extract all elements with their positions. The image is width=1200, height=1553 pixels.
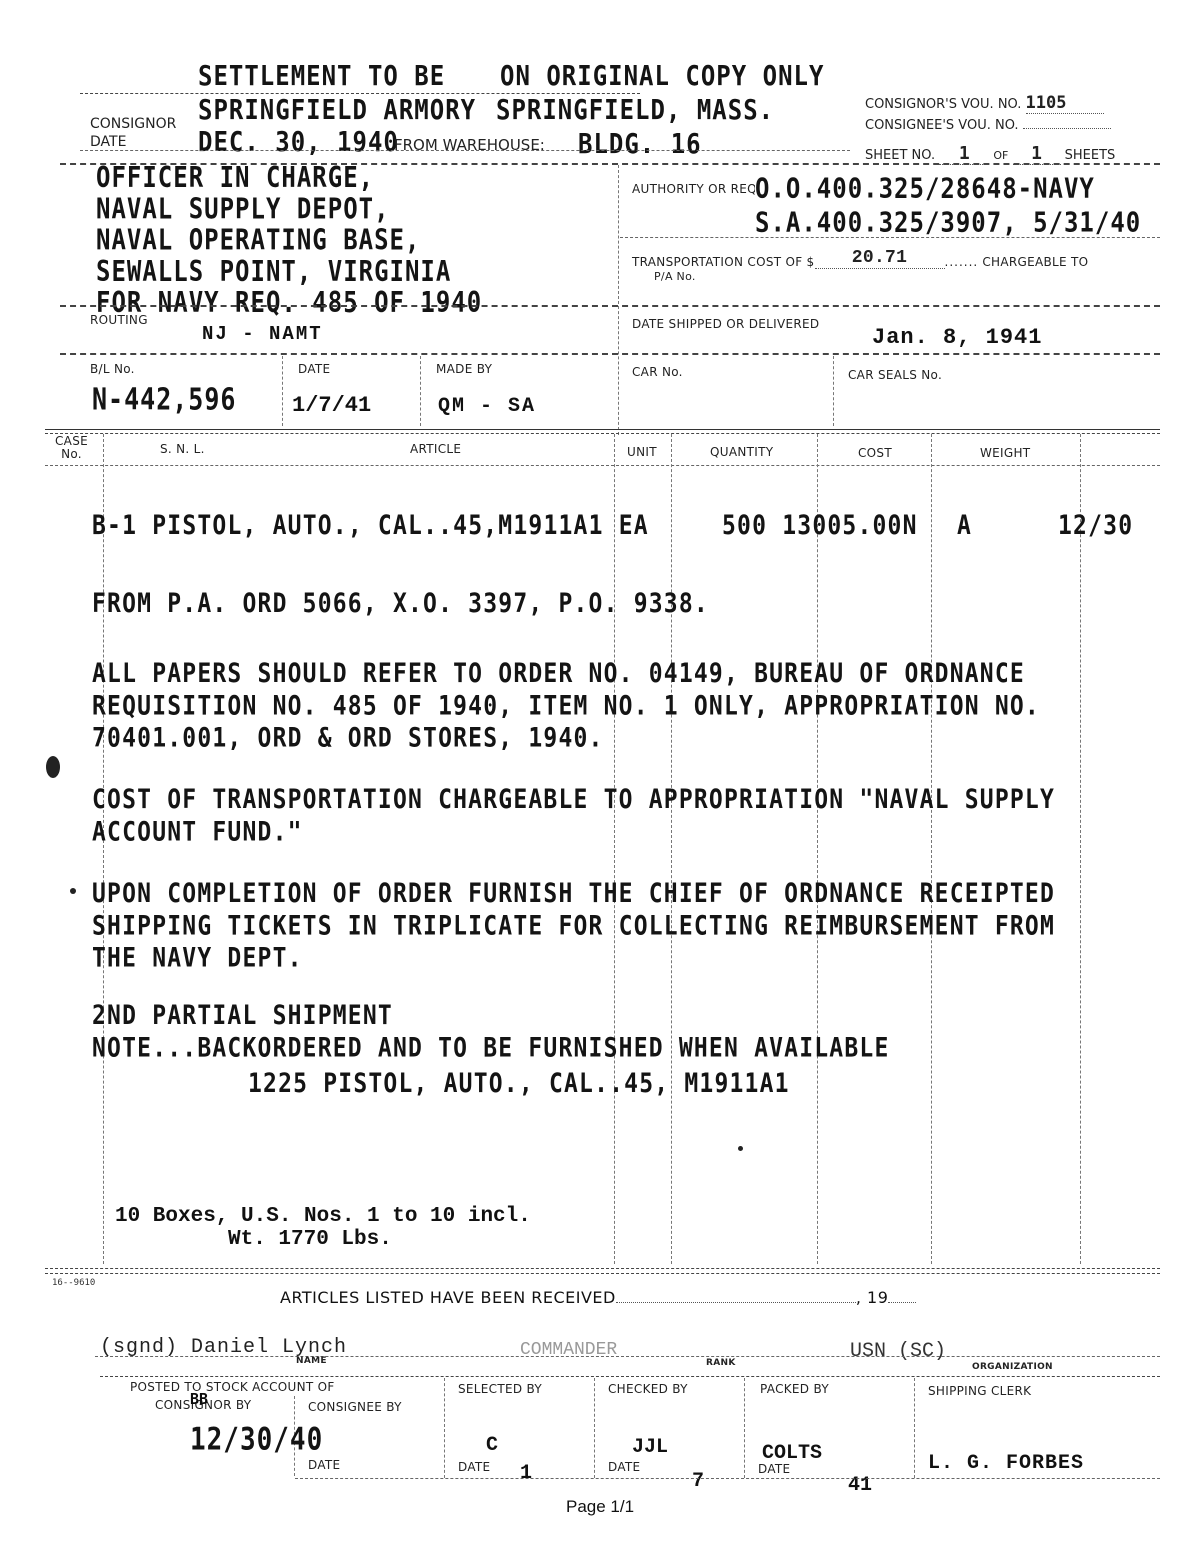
consignee-line: FOR NAVY REQ. 485 OF 1940 [96, 287, 482, 318]
routing-divider [60, 305, 1160, 307]
row-qty-cost: 500 13005.00N [722, 510, 918, 542]
org-label: ORGANIZATION [972, 1362, 1053, 1372]
bl-date-value: 1/7/41 [292, 393, 371, 418]
selected-value: C [486, 1434, 498, 1457]
settlement-title-right: ON ORIGINAL COPY ONLY [500, 60, 824, 92]
table-top-line-2 [45, 433, 1160, 434]
sheet-label: SHEET NO. [865, 148, 935, 163]
consignee-by-label: CONSIGNEE BY [308, 1400, 402, 1414]
authority-line1: O.O.400.325/28648-NAVY [755, 172, 1095, 204]
consignee-address: OFFICER IN CHARGE, NAVAL SUPPLY DEPOT, N… [96, 162, 482, 318]
date-value: DEC. 30, 1940 [198, 126, 399, 158]
name-label: NAME [296, 1356, 327, 1366]
boxes-line1: 10 Boxes, U.S. Nos. 1 to 10 incl. [115, 1205, 531, 1228]
consignee-line: OFFICER IN CHARGE, [96, 162, 482, 193]
note-backorder-item: 1225 PISTOL, AUTO., CAL..45, M1911A1 [248, 1068, 790, 1100]
authority-divider [620, 237, 1160, 238]
col-weight: WEIGHT [980, 446, 1030, 460]
table-top-line [45, 429, 1160, 430]
note-upon: UPON COMPLETION OF ORDER FURNISH THE CHI… [92, 878, 1055, 975]
shipping-clerk-value: L. G. FORBES [928, 1452, 1084, 1475]
sheet-row: SHEET NO. 1 OF 1 SHEETS [865, 143, 1115, 165]
made-by-label: MADE BY [436, 362, 492, 376]
note-partial: 2ND PARTIAL SHIPMENT NOTE...BACKORDERED … [92, 1000, 890, 1064]
row-weight: 12/30 [1058, 510, 1133, 542]
bl-divider [60, 353, 1160, 355]
note-upon-line: SHIPPING TICKETS IN TRIPLICATE FOR COLLE… [92, 910, 1055, 942]
checked-divider [594, 1378, 595, 1478]
consignee-date-label: DATE [308, 1458, 340, 1472]
table-header-bottom [45, 465, 1160, 466]
car-seals-label: CAR SEALS No. [848, 368, 942, 382]
consignor-by-initials: BB [190, 1390, 208, 1408]
packed-date-label: DATE [758, 1462, 790, 1476]
date-stamp-day: 7 [692, 1470, 704, 1493]
rank-value: COMMANDER [520, 1340, 617, 1360]
org-value: USN (SC) [850, 1340, 946, 1363]
sheets-label: SHEETS [1065, 148, 1116, 163]
note-upon-line: THE NAVY DEPT. [92, 942, 1055, 974]
consignee-vou-label-text: CONSIGNEE'S VOU. NO. [865, 118, 1019, 133]
consignor-posting-date: 12/30/40 [190, 1422, 323, 1458]
from-warehouse-label: FROM WAREHOUSE: [394, 136, 545, 154]
table-row: B-1 PISTOL, AUTO., CAL..45,M1911A1 EA [92, 510, 649, 542]
car-label: CAR No. [632, 365, 683, 379]
settlement-title-left: SETTLEMENT TO BE [198, 60, 445, 92]
smudge-mark [738, 1146, 743, 1151]
col-divider [931, 434, 932, 1264]
consignor-vou-label: CONSIGNOR'S VOU. NO. 1105 [865, 93, 1104, 114]
bl-label: B/L No. [90, 362, 135, 376]
of-label: OF [993, 149, 1008, 162]
transport-label: TRANSPORTATION COST OF $20.71....... CHA… [632, 248, 1088, 269]
posting-top-line [100, 1376, 1160, 1377]
date-underline [80, 150, 850, 151]
consignee-line: NAVAL SUPPLY DEPOT, [96, 193, 482, 224]
consignor-value: SPRINGFIELD ARMORY [198, 94, 476, 126]
consignee-vou-value [1023, 128, 1111, 129]
received-label: ARTICLES LISTED HAVE BEEN RECEIVED [280, 1288, 616, 1307]
col-divider [103, 434, 104, 1264]
header-column-divider [618, 165, 619, 435]
smudge-mark [70, 888, 76, 894]
col-case-no: CASE No. [55, 435, 88, 461]
made-col-divider [420, 356, 421, 426]
signature-line [95, 1356, 1160, 1357]
smudge-mark [46, 756, 60, 778]
note-upon-line: UPON COMPLETION OF ORDER FURNISH THE CHI… [92, 878, 1055, 910]
boxes-line2: Wt. 1770 Lbs. [228, 1228, 392, 1251]
chargeable-label: CHARGEABLE TO [982, 255, 1088, 269]
col-divider [1080, 434, 1081, 1264]
col-cost: COST [858, 446, 892, 460]
row-code: A [957, 510, 972, 542]
bl-value: N-442,596 [92, 382, 236, 417]
consignee-line: SEWALLS POINT, VIRGINIA [96, 256, 482, 287]
consignor-label: CONSIGNOR [90, 116, 176, 132]
selected-date-label: DATE [458, 1460, 490, 1474]
shipped-value: Jan. 8, 1941 [872, 325, 1042, 350]
note-from: FROM P.A. ORD 5066, X.O. 3397, P.O. 9338… [92, 588, 709, 620]
row-snl: B-1 [92, 511, 137, 541]
note-partial-line: NOTE...BACKORDERED AND TO BE FURNISHED W… [92, 1032, 890, 1064]
date-stamp-month: 1 [520, 1462, 532, 1485]
row-quantity: 500 [722, 511, 767, 541]
row-cost: 13005.00N [782, 511, 917, 541]
rank-label: RANK [706, 1358, 736, 1368]
col-divider [614, 434, 615, 1264]
checked-label: CHECKED BY [608, 1382, 688, 1396]
note-cost: COST OF TRANSPORTATION CHARGEABLE TO APP… [92, 784, 1055, 848]
received-line: ARTICLES LISTED HAVE BEEN RECEIVED, 19 [280, 1288, 916, 1307]
checked-value: JJL [632, 1436, 668, 1459]
note-partial-line: 2ND PARTIAL SHIPMENT [92, 1000, 890, 1032]
date-label: DATE [90, 134, 126, 150]
packed-divider [744, 1378, 745, 1478]
made-by-value: QM - SA [438, 395, 536, 418]
posting-bottom-line [295, 1478, 1160, 1479]
consignor-vou-value: 1105 [1026, 93, 1104, 114]
col-divider [817, 434, 818, 1264]
receipt-divider-2 [45, 1273, 1160, 1274]
received-date-blank[interactable] [616, 1302, 856, 1303]
note-papers-line: REQUISITION NO. 485 OF 1940, ITEM NO. 1 … [92, 690, 1040, 722]
received-year-blank[interactable] [888, 1302, 916, 1303]
case-label-bottom: No. [55, 448, 88, 461]
col-divider [671, 434, 672, 1264]
selected-label: SELECTED BY [458, 1382, 542, 1396]
authority-line2: S.A.400.325/3907, 5/31/40 [755, 206, 1141, 238]
note-cost-line: COST OF TRANSPORTATION CHARGEABLE TO APP… [92, 784, 1055, 816]
checked-date-label: DATE [608, 1460, 640, 1474]
year-prefix: , 19 [856, 1288, 889, 1307]
car-col-divider [833, 356, 834, 426]
note-papers-line: 70401.001, ORD & ORD STORES, 1940. [92, 722, 1040, 754]
consignee-vou-label: CONSIGNEE'S VOU. NO. [865, 118, 1111, 133]
col-article: ARTICLE [410, 442, 461, 456]
from-warehouse-value: BLDG. 16 [578, 128, 702, 160]
col-snl: S. N. L. [160, 442, 205, 456]
shipped-label: DATE SHIPPED OR DELIVERED [632, 317, 819, 331]
of-value: 1 [1013, 143, 1061, 165]
page-indicator: Page 1/1 [566, 1497, 634, 1517]
transport-label-text: TRANSPORTATION COST OF $ [632, 255, 815, 269]
posted-label: POSTED TO STOCK ACCOUNT OF [130, 1380, 335, 1394]
note-papers-line: ALL PAPERS SHOULD REFER TO ORDER NO. 041… [92, 658, 1040, 690]
routing-value: NJ - NAMT [202, 323, 323, 345]
row-article: PISTOL, AUTO., CAL..45,M1911A1 [152, 511, 603, 541]
clerk-divider [914, 1378, 915, 1478]
shipping-clerk-label: SHIPPING CLERK [928, 1384, 1031, 1398]
pa-label: P/A No. [654, 270, 696, 283]
transport-value: 20.71 [815, 248, 945, 269]
routing-label: ROUTING [90, 313, 148, 327]
note-cost-line: ACCOUNT FUND." [92, 816, 1055, 848]
packed-label: PACKED BY [760, 1382, 829, 1396]
col-quantity: QUANTITY [710, 445, 773, 459]
row-unit: EA [619, 511, 649, 541]
receipt-divider [45, 1268, 1160, 1269]
consignor-location: SPRINGFIELD, MASS. [496, 94, 774, 126]
bl-col-divider [282, 356, 283, 426]
col-unit: UNIT [627, 445, 657, 459]
bl-date-label: DATE [298, 362, 330, 376]
form-number: 16--9610 [52, 1278, 95, 1288]
consignee-line: NAVAL OPERATING BASE, [96, 224, 482, 255]
note-papers: ALL PAPERS SHOULD REFER TO ORDER NO. 041… [92, 658, 1040, 755]
sheet-value: 1 [939, 143, 989, 165]
selected-divider [444, 1378, 445, 1478]
consignor-vou-label-text: CONSIGNOR'S VOU. NO. [865, 97, 1021, 112]
